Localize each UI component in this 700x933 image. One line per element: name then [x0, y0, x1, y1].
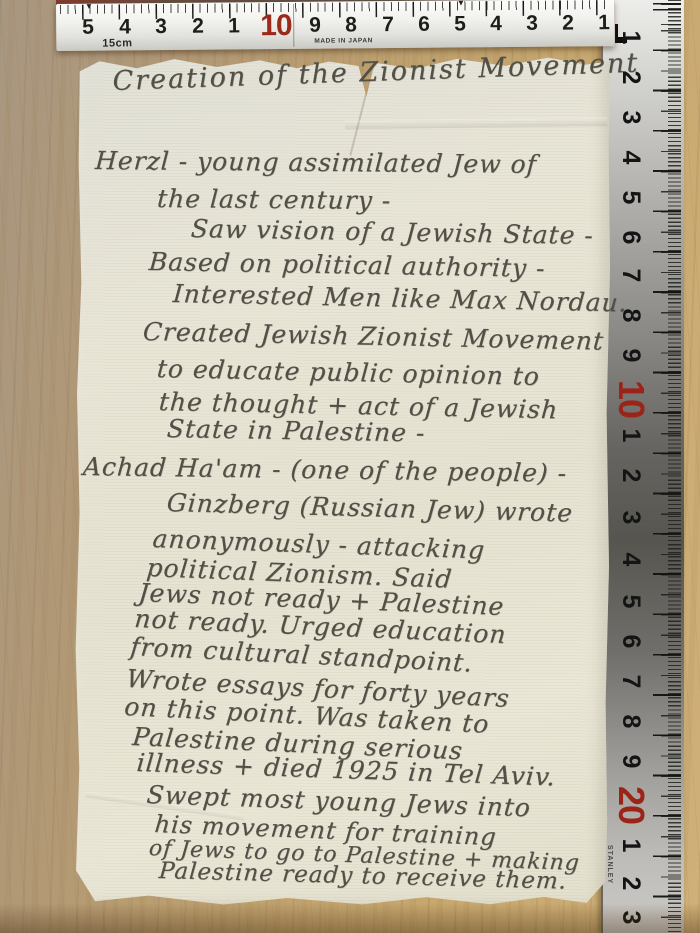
- handwritten-line: Ginzberg (Russian Jew) wrote: [166, 488, 575, 528]
- handwritten-line: the last century -: [156, 184, 392, 215]
- handwritten-line: Achad Ha'am - (one of the people) -: [82, 452, 568, 488]
- handwritten-line: Based on political authority -: [148, 247, 547, 283]
- handwritten-line: Herzl - young assimilated Jew of: [94, 146, 538, 179]
- handwritten-line: State in Palestine -: [166, 414, 426, 447]
- handwriting-layer: Creation of the Zionist Movement Herzl -…: [0, 0, 700, 933]
- handwritten-line: Created Jewish Zionist Movement: [142, 317, 605, 356]
- ruler-number: 3: [616, 900, 646, 933]
- photo-of-handwritten-note: 1234567891012345678920123 STANLEY 5▼4321…: [0, 0, 700, 933]
- handwritten-line: Interested Men like Max Nordau.: [172, 279, 629, 317]
- handwritten-line: to educate public opinion to: [156, 354, 541, 391]
- handwritten-line: Saw vision of a Jewish State -: [190, 214, 595, 250]
- note-title: Creation of the Zionist Movement: [112, 48, 640, 97]
